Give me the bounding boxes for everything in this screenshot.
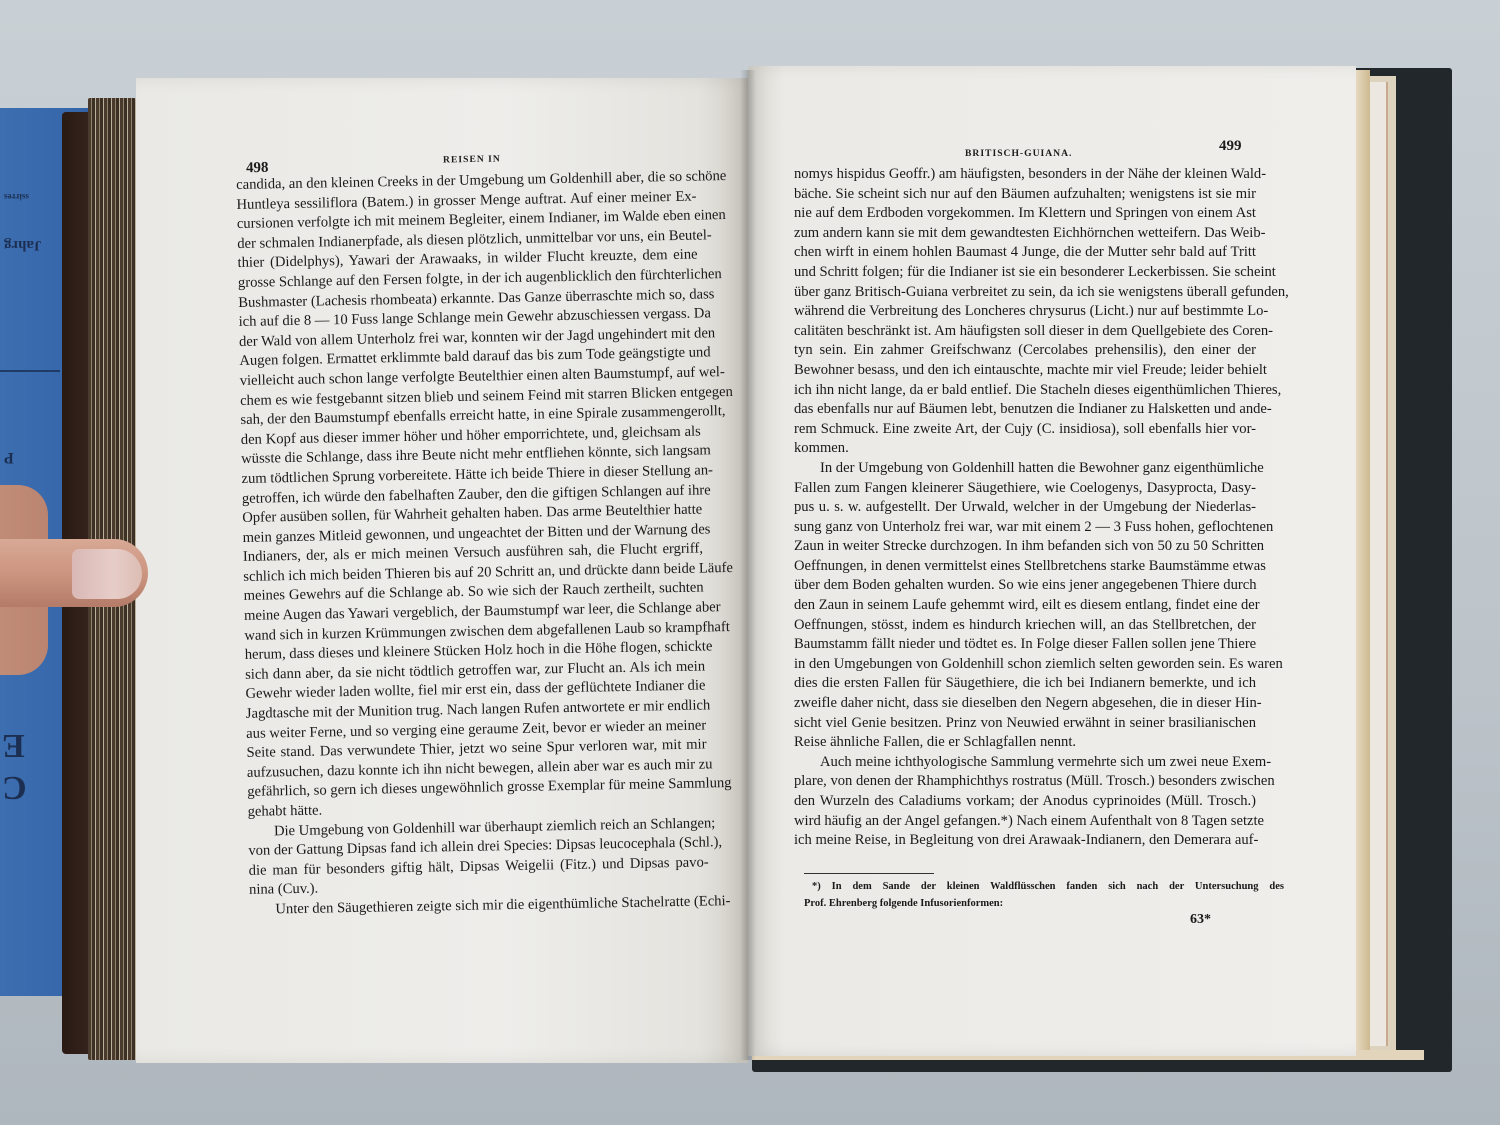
text-line: Fallen zum Fangen kleinerer Säugethiere,… <box>794 479 1256 499</box>
text-line: dies die ersten Fallen für Säugethiere, … <box>794 674 1256 694</box>
blue-book-text: P <box>4 448 14 466</box>
footnote-rule <box>804 873 934 874</box>
blue-book-rule <box>0 370 60 372</box>
text-line: In der Umgebung von Goldenhill hatten di… <box>794 459 1256 479</box>
right-page-number: 499 <box>1219 138 1242 155</box>
text-line: Oeffnungen, stösst, indem es hindurch kr… <box>794 616 1256 636</box>
left-running-head: REISEN IN <box>443 153 501 165</box>
text-line: über ganz Britisch-Guiana verbreitet zu … <box>794 283 1256 303</box>
text-line: ich ihn nicht lange, da er bald entlief.… <box>794 381 1256 401</box>
text-line: ich meine Reise, in Begleitung von drei … <box>794 831 1256 851</box>
footnote-line: *) In dem Sande der kleinen Waldflüssche… <box>804 878 1284 895</box>
text-line: Zaun in weiter Strecke durchzogen. In ih… <box>794 537 1256 557</box>
signature-mark: 63* <box>1190 912 1211 928</box>
text-line: das ebenfalls nur auf Bäumen lebt, benut… <box>794 400 1256 420</box>
text-line: kommen. <box>794 439 1256 459</box>
text-line: Baumstamm fällt nieder und tödtet es. In… <box>794 635 1256 655</box>
blue-book-text: ssirres <box>4 192 29 202</box>
text-line: über dem Boden gehalten wurden. So wie e… <box>794 576 1256 596</box>
text-line: zum andern kann sie mit dem gewandtesten… <box>794 224 1256 244</box>
book-gutter <box>740 70 756 1060</box>
text-line: rem Schmuck. Eine zweite Art, der Cujy (… <box>794 420 1256 440</box>
left-page-body: candida, an den kleinen Creeks in der Um… <box>236 168 710 921</box>
text-line: plare, von denen der Rhamphichthys rostr… <box>794 772 1256 792</box>
footnote-line: Prof. Ehrenberg folgende Infusorienforme… <box>804 895 1284 912</box>
text-line: den Zaun in seinem Laufe gehemmt wird, e… <box>794 596 1256 616</box>
text-line: chen wirft in einem hohlen Baumast 4 Jun… <box>794 243 1256 263</box>
text-line: und Schritt folgen; für die Indianer ist… <box>794 263 1256 283</box>
text-line: wird häufig an der Angel gefangen.*) Nac… <box>794 812 1256 832</box>
thumbnail <box>72 549 142 599</box>
text-line: Bewohner besass, und den ich eintauschte… <box>794 361 1256 381</box>
text-line: Auch meine ichthyologische Sammlung verm… <box>794 753 1256 773</box>
text-line: nie auf dem Erdboden vorgekommen. Im Kle… <box>794 204 1256 224</box>
text-line: nomys hispidus Geoffr.) am häufigsten, b… <box>794 165 1256 185</box>
text-line: Reise ähnliche Fallen, die er Schlagfall… <box>794 733 1256 753</box>
text-line: pus u. s. w. aufgestellt. Der Urwald, we… <box>794 498 1256 518</box>
right-page-body: nomys hispidus Geoffr.) am häufigsten, b… <box>794 165 1256 851</box>
text-line: in den Umgebungen von Goldenhill schon z… <box>794 655 1256 675</box>
blue-book-text: E <box>2 726 25 764</box>
text-line: calitäten beschränkt ist. Am häufigsten … <box>794 322 1256 342</box>
text-line: Oeffnungen, in denen vermittelst eines S… <box>794 557 1256 577</box>
footnote: *) In dem Sande der kleinen Waldflüssche… <box>804 878 1284 912</box>
text-line: tyn sein. Ein zahmer Greifschwanz (Cerco… <box>794 341 1256 361</box>
text-line: während die Verbreitung des Loncheres ch… <box>794 302 1256 322</box>
right-page-edge-gilt <box>1356 70 1370 1058</box>
text-line: den Wurzeln des Caladiums vorkam; der An… <box>794 792 1256 812</box>
text-line: zweifle daher nicht, dass sie dieselben … <box>794 694 1256 714</box>
text-line: sung ganz von Unterholz frei war, war mi… <box>794 518 1256 538</box>
blue-book-text: C <box>2 768 27 806</box>
right-page-edges <box>1370 82 1388 1046</box>
thumb-holding-page <box>0 485 148 675</box>
blue-book-text: Jahrg <box>4 236 42 253</box>
text-line: sicht viel Genie besitzen. Prinz von Neu… <box>794 714 1256 734</box>
right-running-head: BRITISCH-GUIANA. <box>965 148 1072 159</box>
text-line: bäche. Sie scheint sich nur auf den Bäum… <box>794 185 1256 205</box>
